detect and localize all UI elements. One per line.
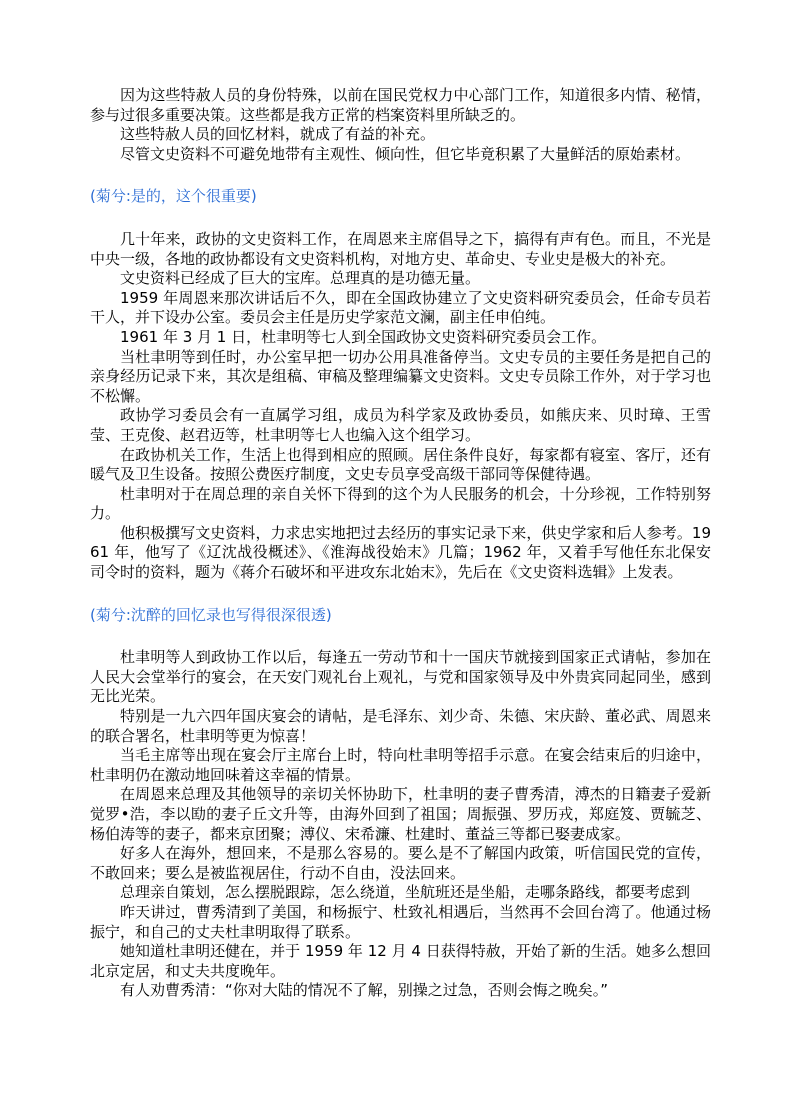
annotation-heading: (菊兮:沈醉的回忆录也写得很深很透) (90, 606, 711, 626)
paragraph: 昨天讲过，曹秀清到了美国，和杨振宁、杜致礼相遇后，当然再不会回台湾了。他通过杨振… (90, 903, 711, 942)
paragraph: 在周恩来总理及其他领导的亲切关怀协助下，杜聿明的妻子曹秀清，溥杰的日籍妻子爱新觉… (90, 785, 711, 844)
paragraph: 政协学习委员会有一直属学习组，成员为科学家及政协委员，如熊庆来、贝时璋、王雪莹、… (90, 406, 711, 445)
paragraph: 1961 年 3 月 1 日，杜聿明等七人到全国政协文史资料研究委员会工作。 (90, 328, 711, 348)
paragraph: 杜聿明对于在周总理的亲自关怀下得到的这个为人民服务的机会，十分珍视，工作特别努力… (90, 485, 711, 524)
paragraph: 她知道杜聿明还健在，并于 1959 年 12 月 4 日获得特赦，开始了新的生活… (90, 942, 711, 981)
paragraph: 因为这些特赦人员的身份特殊，以前在国民党权力中心部门工作，知道很多内情、秘情，参… (90, 86, 711, 125)
paragraph: 特别是一九六四年国庆宴会的请帖，是毛泽东、刘少奇、朱德、宋庆龄、董必武、周恩来的… (90, 707, 711, 746)
document-body: 因为这些特赦人员的身份特殊，以前在国民党权力中心部门工作，知道很多内情、秘情，参… (90, 86, 711, 1001)
paragraph: 杜聿明等人到政协工作以后，每逢五一劳动节和十一国庆节就接到国家正式请帖，参加在人… (90, 648, 711, 707)
paragraph: 当杜聿明等到任时，办公室早把一切办公用具准备停当。文史专员的主要任务是把自己的亲… (90, 348, 711, 407)
paragraph: 几十年来，政协的文史资料工作，在周恩来主席倡导之下，搞得有声有色。而且，不光是中… (90, 230, 711, 269)
paragraph: 有人劝曹秀清：“你对大陆的情况不了解，别操之过急，否则会悔之晚矣。” (90, 981, 711, 1001)
paragraph: 他积极撰写文史资料，力求忠实地把过去经历的事实记录下来，供史学家和后人参考。19… (90, 524, 711, 583)
paragraph: 在政协机关工作，生活上也得到相应的照顾。居住条件良好，每家都有寝室、客厅，还有暖… (90, 446, 711, 485)
paragraph: 这些特赦人员的回忆材料，就成了有益的补充。 (90, 125, 711, 145)
document-page: 因为这些特赦人员的身份特殊，以前在国民党权力中心部门工作，知道很多内情、秘情，参… (0, 0, 800, 1100)
paragraph: 文史资料已经成了巨大的宝库。总理真的是功德无量。 (90, 269, 711, 289)
paragraph: 当毛主席等出现在宴会厅主席台上时，特向杜聿明等招手示意。在宴会结束后的归途中，杜… (90, 746, 711, 785)
paragraph: 总理亲自策划，怎么摆脱跟踪，怎么绕道，坐航班还是坐船，走哪条路线，都要考虑到 (90, 883, 711, 903)
paragraph: 1959 年周恩来那次讲话后不久，即在全国政协建立了文史资料研究委员会，任命专员… (90, 289, 711, 328)
annotation-heading: (菊兮:是的，这个很重要) (90, 187, 711, 207)
paragraph: 尽管文史资料不可避免地带有主观性、倾向性，但它毕竟积累了大量鲜活的原始素材。 (90, 145, 711, 165)
paragraph: 好多人在海外，想回来，不是那么容易的。要么是不了解国内政策，听信国民党的宣传，不… (90, 844, 711, 883)
